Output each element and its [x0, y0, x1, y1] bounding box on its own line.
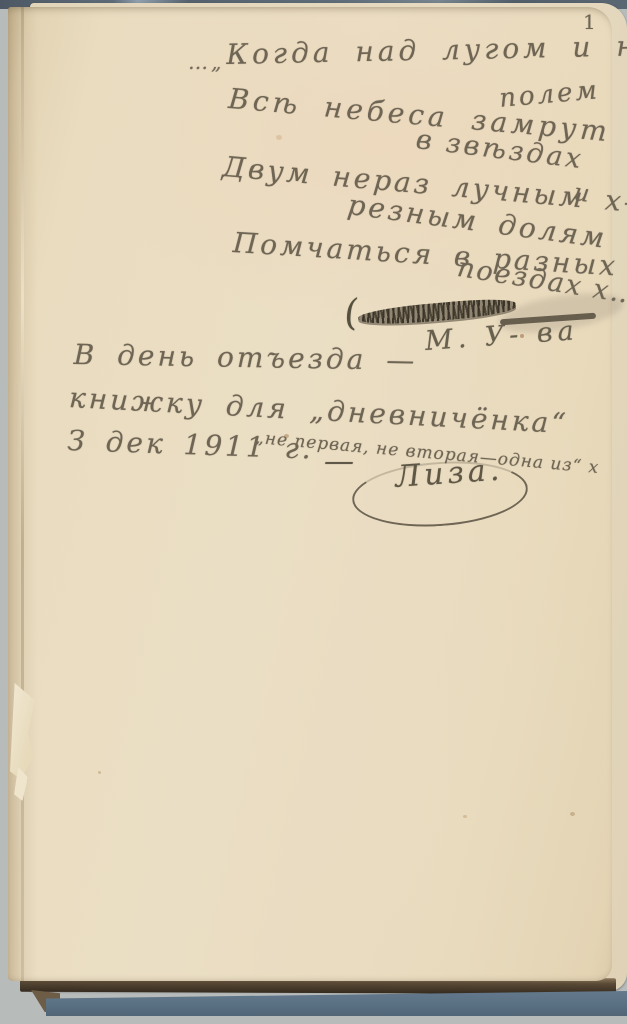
signature-dash: — [324, 444, 354, 479]
notebook-cover-bottom [46, 991, 627, 1016]
foxing-spot [570, 812, 575, 816]
foxing-spot [463, 815, 467, 818]
foxing-spot [98, 771, 101, 774]
handwriting-dedication-1: В день отъезда — [73, 338, 417, 377]
foxing-spot [276, 135, 282, 140]
scan-stage: 1 …„ Когда над лугом и над полем Всѣ неб… [0, 0, 627, 1024]
gutter-crease [21, 7, 24, 981]
handwriting-line-quote-dots: …„ [188, 50, 224, 74]
